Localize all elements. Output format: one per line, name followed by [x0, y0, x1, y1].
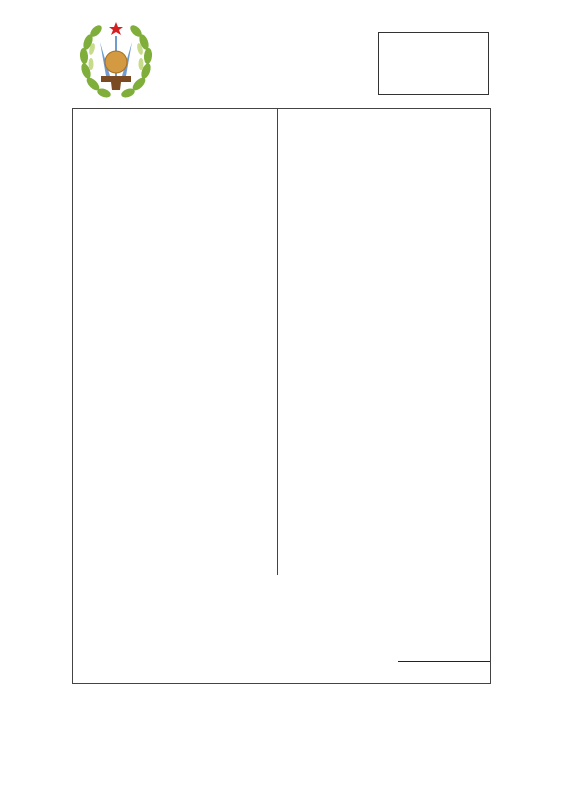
- column-divider: [277, 109, 278, 575]
- national-coat-of-arms-icon: [76, 16, 156, 102]
- certificate-body: [72, 108, 491, 684]
- signature-line: [398, 661, 490, 662]
- coat-of-arms-emblem: [76, 16, 156, 102]
- certificate-footer: [73, 576, 490, 683]
- registration-number-box: [378, 32, 489, 95]
